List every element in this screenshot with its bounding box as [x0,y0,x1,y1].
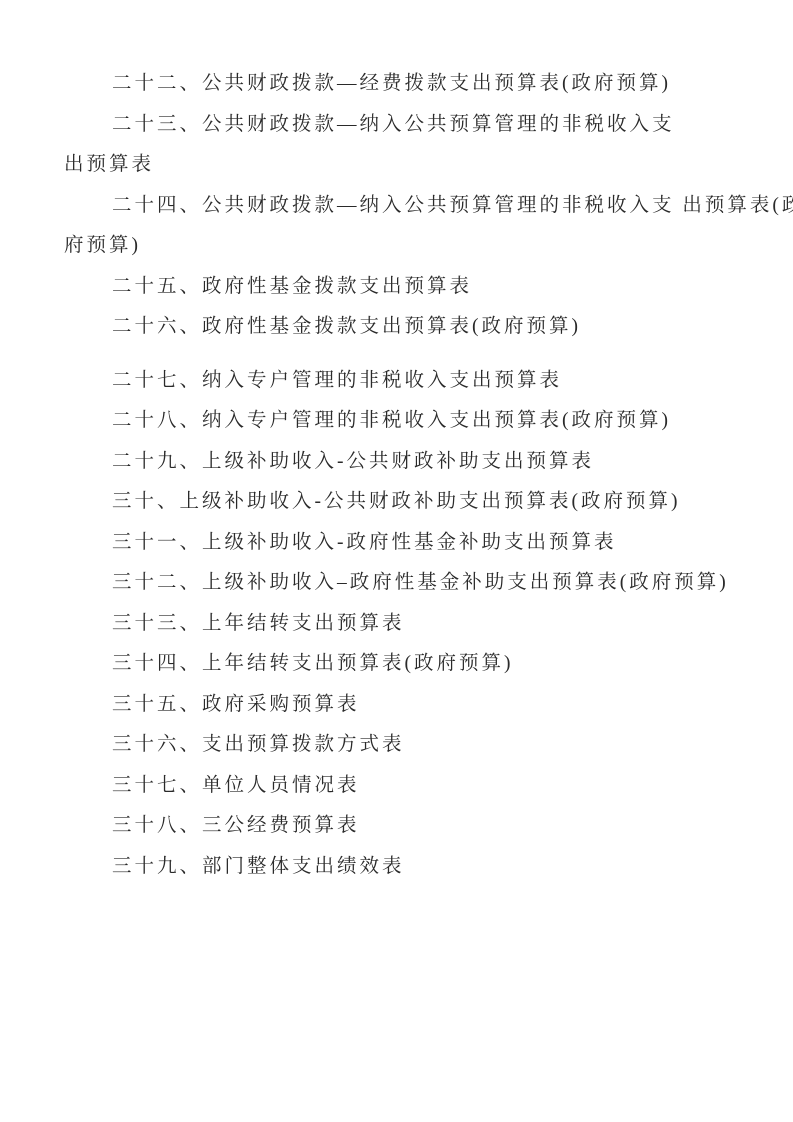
list-item: 三十七、单位人员情况表 [64,766,753,807]
list-item: 三十四、上年结转支出预算表(政府预算) [64,644,753,685]
list-item: 二十九、上级补助收入-公共财政补助支出预算表 [64,442,753,483]
list-item: 二十五、政府性基金拨款支出预算表 [64,267,753,308]
list-item: 三十一、上级补助收入-政府性基金补助支出预算表 [64,523,753,564]
document-body: 二十二、公共财政拨款—经费拨款支出预算表(政府预算)二十三、公共财政拨款—纳入公… [0,0,793,887]
document-page: 二十二、公共财政拨款—经费拨款支出预算表(政府预算)二十三、公共财政拨款—纳入公… [0,0,793,1122]
list-item: 二十六、政府性基金拨款支出预算表(政府预算) [64,307,753,348]
list-item: 三十五、政府采购预算表 [64,685,753,726]
list-item: 三十八、三公经费预算表 [64,806,753,847]
list-item: 二十七、纳入专户管理的非税收入支出预算表 [64,361,753,402]
list-item: 府预算) [64,226,753,267]
list-item: 三十二、上级补助收入–政府性基金补助支出预算表(政府预算) [64,563,753,604]
list-item: 二十八、纳入专户管理的非税收入支出预算表(政府预算) [64,401,753,442]
list-item: 三十六、支出预算拨款方式表 [64,725,753,766]
list-item: 三十九、部门整体支出绩效表 [64,847,753,888]
list-item: 出预算表 [64,145,753,186]
list-item: 二十三、公共财政拨款—纳入公共预算管理的非税收入支 [64,105,753,146]
list-item: 三十、上级补助收入-公共财政补助支出预算表(政府预算) [64,482,753,523]
list-item: 三十三、上年结转支出预算表 [64,604,753,645]
list-item: 二十四、公共财政拨款—纳入公共预算管理的非税收入支 出预算表(政 [64,186,753,227]
list-item: 二十二、公共财政拨款—经费拨款支出预算表(政府预算) [64,64,753,105]
